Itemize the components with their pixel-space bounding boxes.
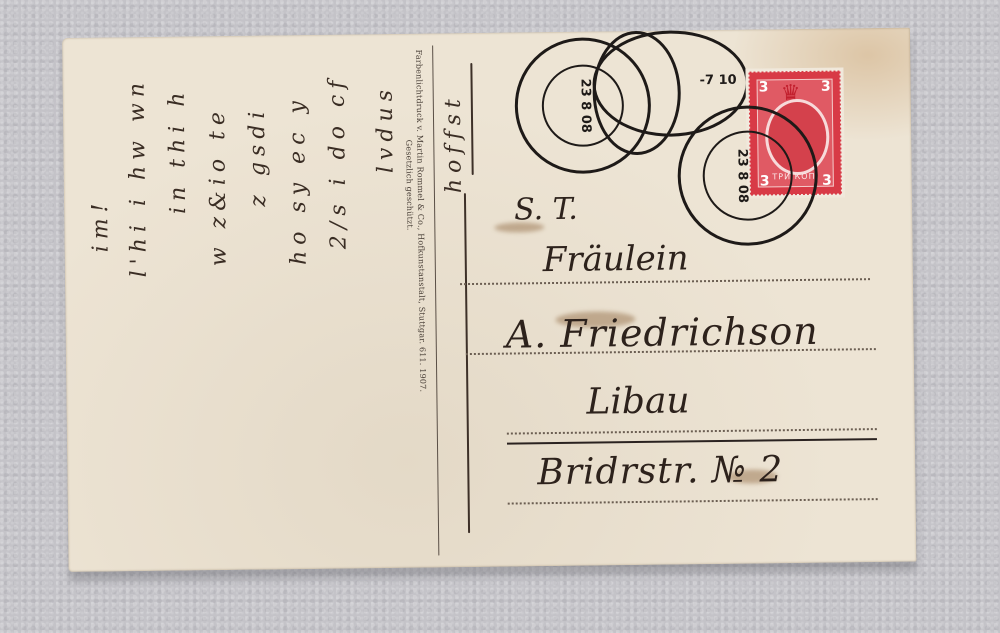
divider-upper	[470, 63, 473, 175]
message-line: 2/s i do cf	[324, 74, 351, 249]
message-line: in thi h	[165, 86, 192, 214]
postmark-date: -7 10	[699, 73, 736, 88]
address-line-3	[507, 428, 877, 435]
printer-credit-line: Farbenlichtdruck v. Martin Rommel & Co.,…	[414, 50, 427, 393]
address-name: A. Friedrichson	[505, 309, 819, 357]
message-line: im!	[88, 197, 114, 252]
address-city: Libau	[586, 380, 690, 422]
address-salutation: Fräulein	[543, 238, 689, 280]
divider-lower	[464, 193, 470, 533]
handwritten-message: im! l'hi i hw wn in thi h w z&io te z gs…	[82, 44, 408, 558]
message-line: l'hi i hw wn	[124, 77, 151, 278]
printer-credit-line: Gesetzlich geschützt.	[402, 50, 415, 231]
postmark-middle-ring	[592, 30, 682, 155]
address-prefix: S. T.	[514, 192, 578, 228]
message-line: ho sy ec y	[285, 95, 312, 265]
stamp-value-top-left: 3	[759, 79, 769, 95]
postmark-date: 23 8 08	[578, 79, 594, 133]
address-line-1	[460, 278, 870, 285]
address-line-4	[508, 498, 878, 505]
message-line: lvdus	[373, 84, 399, 173]
address-solid-rule	[507, 438, 877, 445]
message-line: z gsdi	[245, 105, 271, 206]
postmark-stamp-cancel: 23 8 08	[677, 105, 819, 247]
message-line: w z&io te	[205, 106, 232, 266]
address-street: Bridrstr. № 2	[537, 449, 783, 493]
postmark-date: 23 8 08	[734, 149, 750, 203]
postcard: im! l'hi i hw wn in thi h w z&io te z gs…	[62, 28, 916, 572]
stamp-value-top-right: 3	[821, 79, 831, 95]
center-printed-line	[432, 45, 439, 555]
printer-credit: Farbenlichtdruck v. Martin Rommel & Co.,…	[402, 50, 428, 393]
side-note: hoffst	[441, 93, 467, 193]
